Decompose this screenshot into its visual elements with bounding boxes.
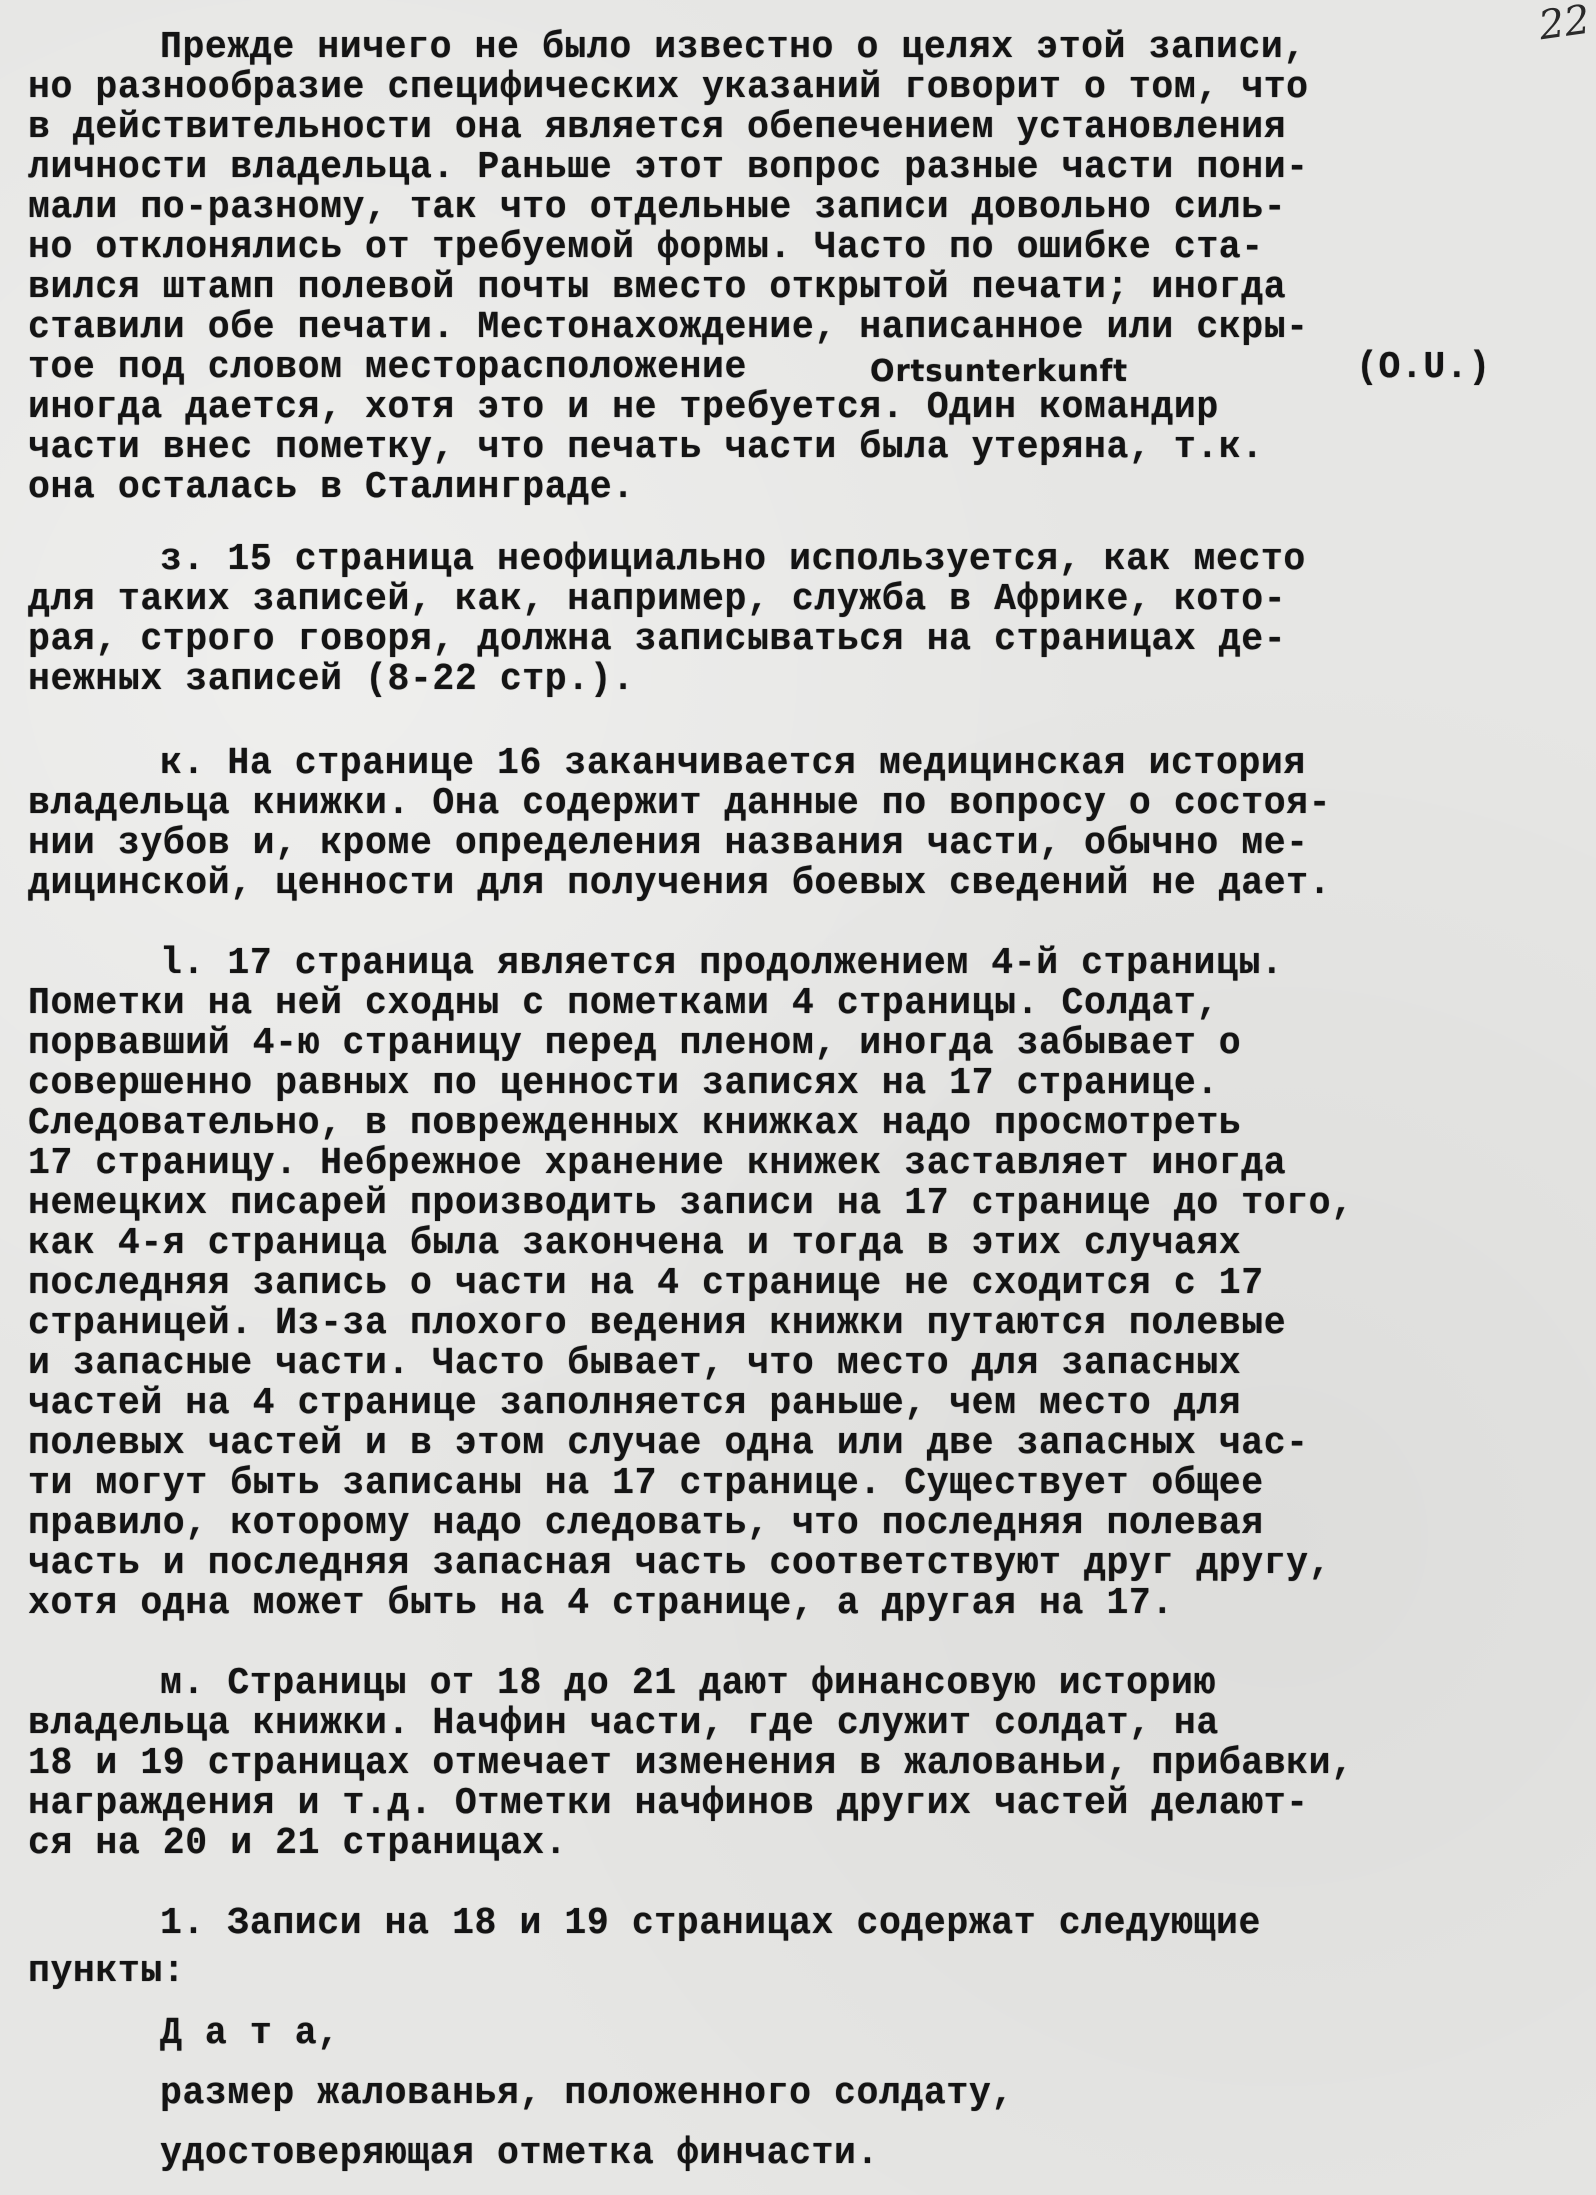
text-line: рая, строго говоря, должна записываться … [28, 620, 1286, 660]
text-line: нии зубов и, кроме определения названия … [28, 824, 1309, 864]
text-line: но разнообразие специфических указаний г… [28, 68, 1309, 108]
text-line: l. 17 страница является продолжением 4-й… [160, 944, 1283, 984]
text-line: дицинской, ценности для получения боевых… [28, 864, 1331, 904]
text-line: мали по-разному, так что отдельные запис… [28, 188, 1286, 228]
text-line: м. Страницы от 18 до 21 дают финансовую … [160, 1664, 1216, 1704]
text-line: з. 15 страница неофициально используется… [160, 540, 1306, 580]
handwritten-page-number: 22 [1536, 0, 1593, 49]
text-line: хотя одна может быть на 4 странице, а др… [28, 1584, 1174, 1624]
text-line: правило, которому надо следовать, что по… [28, 1504, 1264, 1544]
text-line: Пометки на ней сходны с пометками 4 стра… [28, 984, 1219, 1024]
text-line: иногда дается, хотя это и не требуется. … [28, 388, 1219, 428]
text-line: личности владельца. Раньше этот вопрос р… [28, 148, 1309, 188]
text-line: для таких записей, как, например, служба… [28, 580, 1286, 620]
text-line: Следовательно, в поврежденных книжках на… [28, 1104, 1241, 1144]
text-line: порвавший 4-ю страницу перед пленом, ино… [28, 1024, 1241, 1064]
text-line: владельца книжки. Она содержит данные по… [28, 784, 1331, 824]
text-line: 1. Записи на 18 и 19 страницах содержат … [160, 1904, 1261, 1944]
text-line: немецких писарей производить записи на 1… [28, 1184, 1354, 1224]
list-item: Д а т а, [160, 2014, 340, 2054]
text-line: части внес пометку, что печать части был… [28, 428, 1264, 468]
text-line: частей на 4 странице заполняется раньше,… [28, 1384, 1241, 1424]
text-line: Прежде ничего не было известно о целях э… [160, 28, 1306, 68]
text-line: 17 страницу. Небрежное хранение книжек з… [28, 1144, 1286, 1184]
text-line: как 4-я страница была закончена и тогда … [28, 1224, 1241, 1264]
text-line: ставили обе печати. Местонахождение, нап… [28, 308, 1309, 348]
text-line: 18 и 19 страницах отмечает изменения в ж… [28, 1744, 1354, 1784]
text-line: к. На странице 16 заканчивается медицинс… [160, 744, 1306, 784]
text-line: страницей. Из-за плохого ведения книжки … [28, 1304, 1286, 1344]
list-item: удостоверяющая отметка финчасти. [160, 2134, 879, 2174]
typewritten-document-page: 22 Прежде ничего не было известно о целя… [0, 0, 1596, 2195]
text-line: ся на 20 и 21 страницах. [28, 1824, 567, 1864]
text-line: ти могут быть записаны на 17 странице. С… [28, 1464, 1264, 1504]
text-line: владельца книжки. Начфин части, где служ… [28, 1704, 1219, 1744]
text-line: нежных записей (8-22 стр.). [28, 660, 635, 700]
text-line: часть и последняя запасная часть соответ… [28, 1544, 1331, 1584]
text-line: но отклонялись от требуемой формы. Часто… [28, 228, 1264, 268]
text-line: в действительности она является обепечен… [28, 108, 1286, 148]
text-line: полевых частей и в этом случае одна или … [28, 1424, 1309, 1464]
text-line: тое под словом месторасположение [28, 348, 747, 388]
text-line: последняя запись о части на 4 странице н… [28, 1264, 1264, 1304]
list-item: размер жалованья, положенного солдату, [160, 2074, 1014, 2114]
text-line: она осталась в Сталинграде. [28, 468, 635, 508]
text-line: совершенно равных по ценности записях на… [28, 1064, 1219, 1104]
text-line: и запасные части. Часто бывает, что мест… [28, 1344, 1241, 1384]
abbreviation: (O.U.) [1356, 348, 1491, 388]
text-line: награждения и т.д. Отметки начфинов друг… [28, 1784, 1309, 1824]
text-line: вился штамп полевой почты вместо открыто… [28, 268, 1286, 308]
text-line: пункты: [28, 1952, 185, 1992]
